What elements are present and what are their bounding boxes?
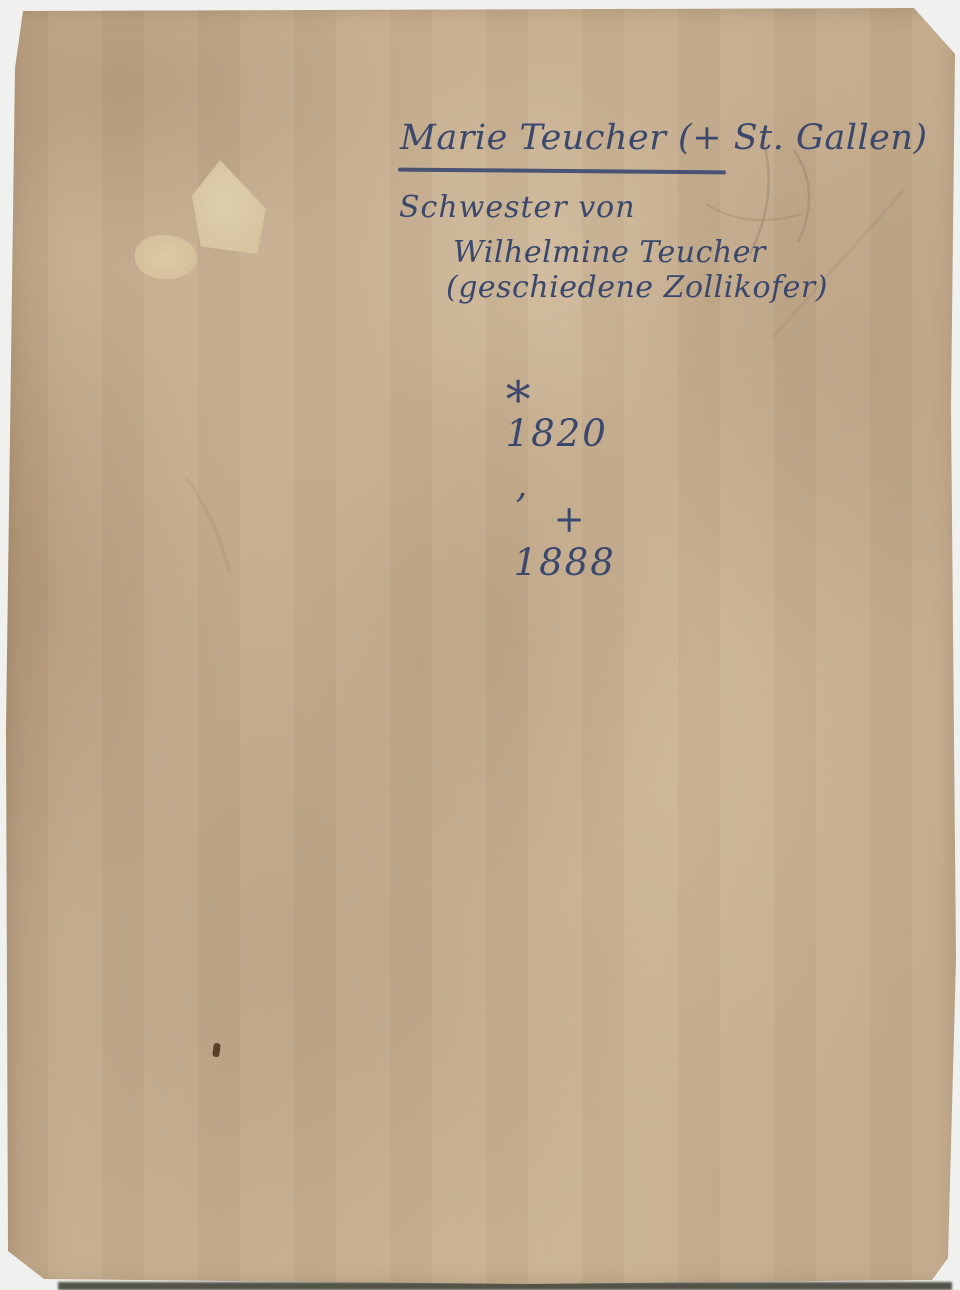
handwritten-related-name-note: (geschiedene Zollikofer)	[446, 270, 828, 305]
death-symbol: +	[554, 498, 587, 541]
photo-card-back-scan: Marie Teucher (+ St. Gallen) Schwester v…	[0, 0, 960, 1290]
handwritten-related-name: Wilhelmine Teucher	[453, 235, 766, 270]
death-year: 1888	[514, 541, 616, 584]
handwritten-title: Marie Teucher (+ St. Gallen)	[400, 118, 928, 158]
handwritten-relation: Schwester von	[399, 190, 636, 225]
paper-card: Marie Teucher (+ St. Gallen) Schwester v…	[6, 8, 956, 1286]
handwritten-dates: * 1820 , + 1888	[423, 326, 616, 627]
dates-separator: ,	[516, 463, 530, 506]
surface-damage-patch-small	[135, 235, 197, 279]
